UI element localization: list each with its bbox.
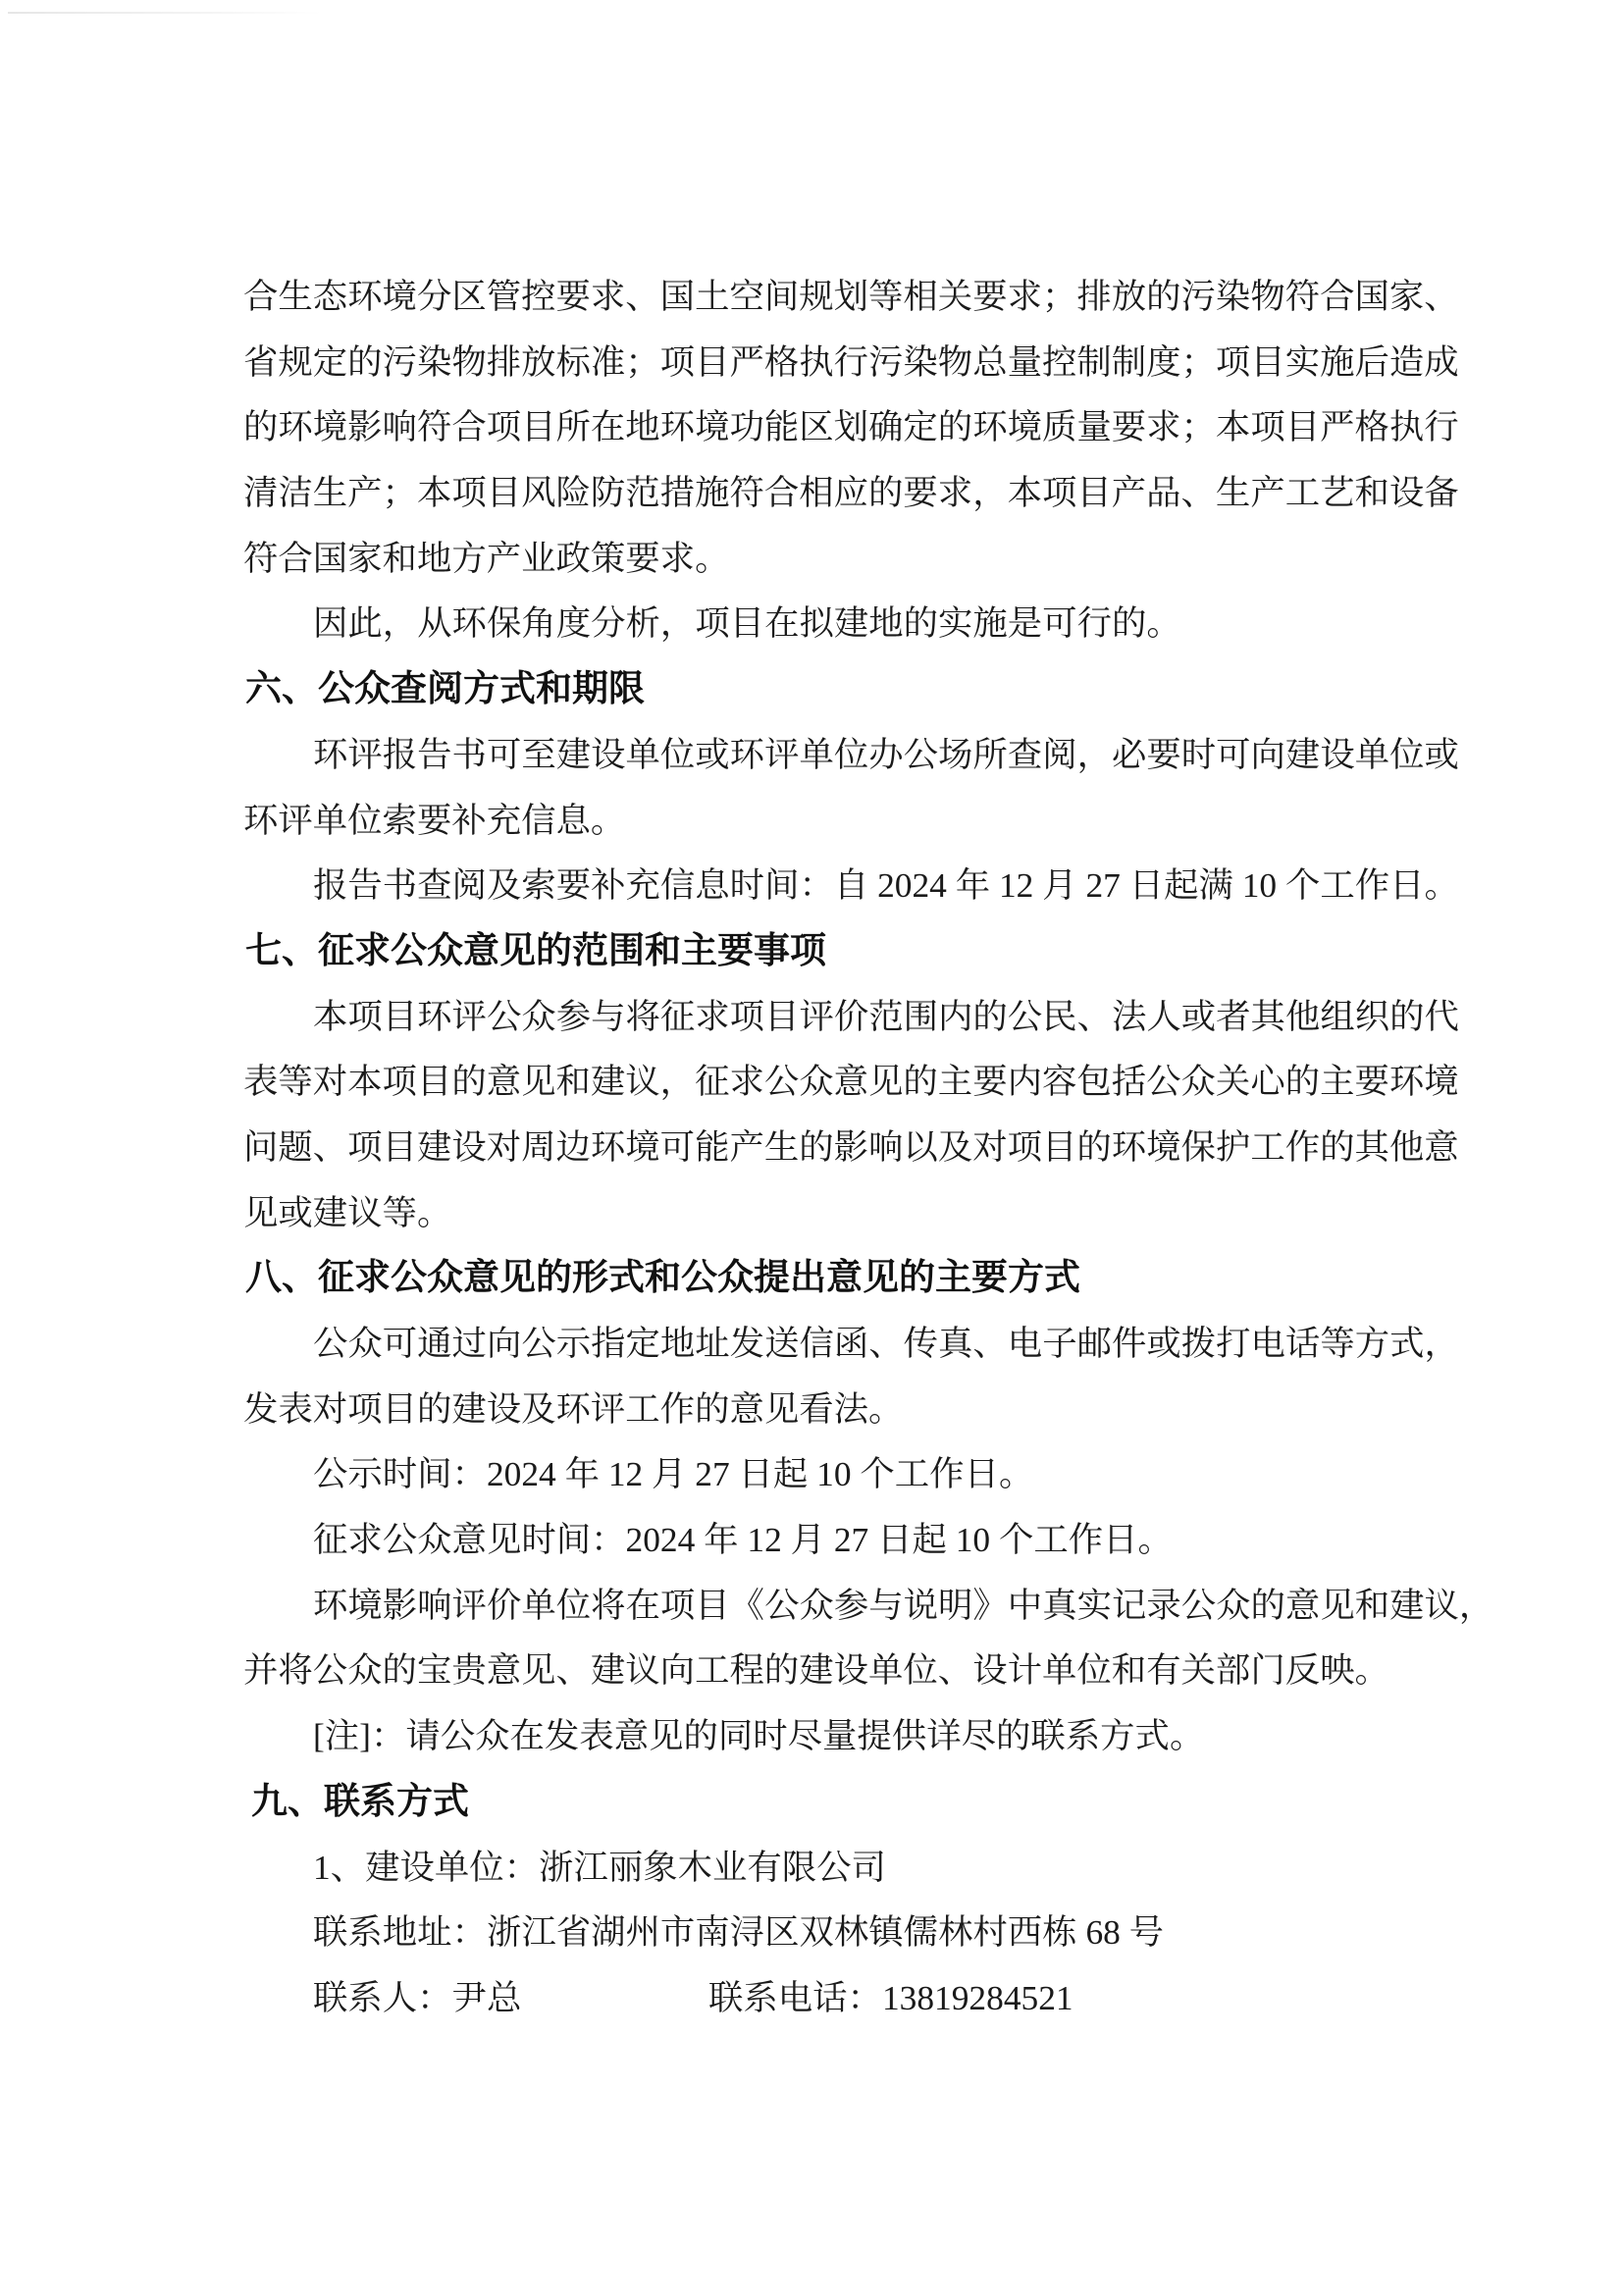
section-heading: 七、征求公众意见的范围和主要事项: [243, 918, 1399, 984]
paragraph-line: 表等对本项目的意见和建议，征求公众意见的主要内容包括公众关心的主要环境: [243, 1049, 1399, 1115]
paragraph-line: 见或建议等。: [243, 1180, 1399, 1246]
section-opinion-scope: 七、征求公众意见的范围和主要事项 本项目环评公众参与将征求项目评价范围内的公民、…: [243, 918, 1399, 1245]
opinion-period-text: 征求公众意见时间：2024 年 12 月 27 日起 10 个工作日。: [243, 1507, 1399, 1573]
publicity-period-text: 公示时间：2024 年 12 月 27 日起 10 个工作日。: [243, 1441, 1399, 1507]
contact-row: 联系人：尹总 联系电话：13819284521: [243, 1965, 1399, 2031]
continuation-paragraph: 合生态环境分区管控要求、国土空间规划等相关要求；排放的污染物符合国家、 省规定的…: [243, 264, 1399, 591]
paragraph-line: 符合国家和地方产业政策要求。: [243, 526, 1399, 592]
contact-person: 联系人：尹总: [313, 1978, 521, 2017]
contact-phone: 联系电话：13819284521: [708, 1965, 1073, 2031]
paragraph-line: 问题、项目建设对周边环境可能产生的影响以及对项目的环境保护工作的其他意: [243, 1115, 1399, 1180]
section-heading: 八、征求公众意见的形式和公众提出意见的主要方式: [243, 1245, 1399, 1311]
construction-unit: 1、建设单位：浙江丽象木业有限公司: [243, 1835, 1399, 1901]
conclusion-paragraph: 因此，从环保角度分析，项目在拟建地的实施是可行的。: [243, 591, 1399, 656]
document-page: 合生态环境分区管控要求、国土空间规划等相关要求；排放的污染物符合国家、 省规定的…: [243, 264, 1399, 2031]
paragraph-line: 清洁生产；本项目风险防范措施符合相应的要求，本项目产品、生产工艺和设备: [243, 460, 1399, 526]
paragraph-line: 公众可通过向公示指定地址发送信函、传真、电子邮件或拨打电话等方式，: [243, 1311, 1399, 1377]
paragraph-line: 的环境影响符合项目所在地环境功能区划确定的环境质量要求；本项目严格执行: [243, 394, 1399, 460]
note-text: [注]：请公众在发表意见的同时尽量提供详尽的联系方式。: [243, 1703, 1399, 1769]
section-heading: 九、联系方式: [243, 1769, 1399, 1835]
paragraph: 公众可通过向公示指定地址发送信函、传真、电子邮件或拨打电话等方式， 发表对项目的…: [243, 1311, 1399, 1441]
section-heading: 六、公众查阅方式和期限: [243, 656, 1399, 722]
scan-edge-artifact: [8, 12, 322, 14]
contact-address: 联系地址：浙江省湖州市南浔区双林镇儒林村西栋 68 号: [243, 1900, 1399, 1965]
section-contact: 九、联系方式 1、建设单位：浙江丽象木业有限公司 联系地址：浙江省湖州市南浔区双…: [243, 1769, 1399, 2031]
paragraph-line: 合生态环境分区管控要求、国土空间规划等相关要求；排放的污染物符合国家、: [243, 264, 1399, 330]
paragraph-line: 本项目环评公众参与将征求项目评价范围内的公民、法人或者其他组织的代: [243, 984, 1399, 1050]
paragraph-line: 省规定的污染物排放标准；项目严格执行污染物总量控制制度；项目实施后造成: [243, 330, 1399, 395]
paragraph: 本项目环评公众参与将征求项目评价范围内的公民、法人或者其他组织的代 表等对本项目…: [243, 984, 1399, 1246]
paragraph: 环境影响评价单位将在项目《公众参与说明》中真实记录公众的意见和建议， 并将公众的…: [243, 1573, 1399, 1703]
section-opinion-methods: 八、征求公众意见的形式和公众提出意见的主要方式 公众可通过向公示指定地址发送信函…: [243, 1245, 1399, 1769]
paragraph-line: 环评报告书可至建设单位或环评单位办公场所查阅，必要时可向建设单位或: [243, 722, 1399, 788]
paragraph: 环评报告书可至建设单位或环评单位办公场所查阅，必要时可向建设单位或 环评单位索要…: [243, 722, 1399, 853]
section-public-review: 六、公众查阅方式和期限 环评报告书可至建设单位或环评单位办公场所查阅，必要时可向…: [243, 656, 1399, 918]
review-period-text: 报告书查阅及索要补充信息时间：自 2024 年 12 月 27 日起满 10 个…: [243, 853, 1399, 918]
paragraph-line: 并将公众的宝贵意见、建议向工程的建设单位、设计单位和有关部门反映。: [243, 1638, 1399, 1703]
paragraph-line: 环评单位索要补充信息。: [243, 788, 1399, 854]
paragraph-line: 发表对项目的建设及环评工作的意见看法。: [243, 1377, 1399, 1442]
paragraph-line: 环境影响评价单位将在项目《公众参与说明》中真实记录公众的意见和建议，: [243, 1573, 1399, 1639]
